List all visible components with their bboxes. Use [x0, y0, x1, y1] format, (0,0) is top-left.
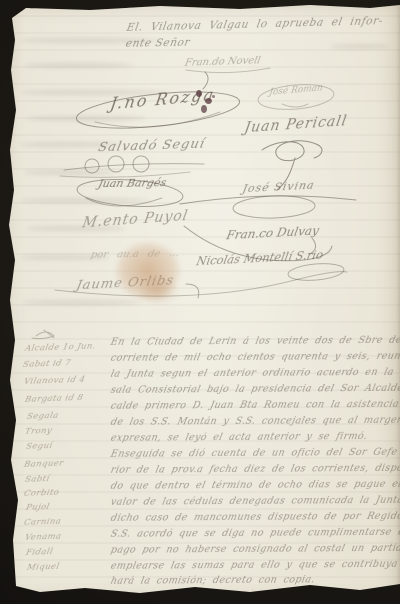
- body-line: expresan, se leyó el acta anterior y se …: [110, 431, 369, 444]
- margin-item: Seguí: [25, 441, 54, 452]
- page-mark: 8: [30, 3, 34, 11]
- signature-puyol: M.ento Puyol: [81, 208, 189, 232]
- body-line: sala Consistorial bajo la presidencia de…: [110, 383, 400, 396]
- margin-item: Bargata id 8: [24, 393, 84, 405]
- body-line: pago por no haberse consignado al costal…: [110, 543, 400, 556]
- showthrough-line: [22, 300, 142, 305]
- margin-item: Sabat id 7: [22, 358, 72, 370]
- oval-paraph: [233, 195, 316, 220]
- margin-item: Miquel: [26, 562, 61, 573]
- showthrough-line: [330, 44, 390, 49]
- signature-sivina: José Sivina: [241, 178, 316, 195]
- ink-blot: [196, 90, 202, 97]
- ink-blot: [201, 105, 207, 113]
- margin-item: Carnina: [23, 517, 62, 528]
- margin-paraph: [32, 330, 54, 339]
- margin-item: Banquer: [23, 459, 65, 470]
- chain-loop: [133, 156, 149, 172]
- header-note-line-1: El. Vilanova Valgau lo aprueba el infor-: [126, 15, 384, 34]
- body-line: valor de las cédulas denegadas comunicad…: [110, 495, 400, 508]
- showthrough-line: [24, 170, 114, 175]
- margin-item: Pujol: [25, 502, 51, 513]
- body-line: de los S.S. Montán y S.S. concejales que…: [110, 415, 400, 428]
- body-line: la Junta segun el anterior ordinario acu…: [110, 367, 395, 380]
- manuscript-page: 8 El. Vilanova Valgau lo aprueba el info…: [0, 0, 400, 604]
- margin-item: Fidall: [25, 547, 54, 558]
- signature-pericall: Juan Pericall: [243, 113, 348, 136]
- body-line: Enseguida se dió cuenta de un oficio del…: [110, 447, 400, 460]
- paper-stain: [138, 276, 178, 304]
- long-stroke-flourish: [180, 196, 356, 204]
- signature-novell: Fran.do Novell: [184, 55, 262, 69]
- body-line: calde primero D. Juan Bta Romeu con la a…: [110, 399, 400, 412]
- margin-item: Venama: [24, 532, 63, 543]
- body-line: En la Ciudad de Lerin á los veinte dos d…: [110, 335, 400, 348]
- signature-dulvay: Fran.co Dulvay: [225, 223, 320, 242]
- scanner-background: 8 El. Vilanova Valgau lo aprueba el info…: [0, 0, 400, 604]
- oval-paraph-tail: [282, 104, 308, 107]
- body-line: hará la comisión; decreto con copia.: [110, 575, 316, 587]
- margin-item: Vilanova id 4: [23, 375, 86, 387]
- showthrough-line: [20, 198, 150, 203]
- chain-flourish-line: [64, 164, 204, 170]
- margin-item: Trony: [24, 426, 53, 437]
- chain-loop: [108, 156, 124, 172]
- signature-montelli: Nicolás Montellí S.rio: [195, 247, 324, 268]
- ink-blot: [205, 98, 212, 104]
- body-line: dicho caso de mancomunes dispuesto de po…: [110, 511, 400, 524]
- underline-flourish: [186, 68, 270, 73]
- showthrough-line: [26, 116, 146, 121]
- signature-barges: Juan Bargés: [97, 176, 168, 190]
- header-note-line-2: ente Señor: [124, 37, 191, 50]
- margin-item: Sabtí: [24, 474, 51, 485]
- body-line: do que dentro el término de ocho dias se…: [110, 479, 400, 492]
- body-line: rior de la prov.a fecha diez de los corr…: [110, 463, 400, 476]
- signature-segui: Salvadó Seguí: [97, 136, 207, 155]
- body-line: corriente de mil ocho cientos quarenta y…: [110, 351, 400, 364]
- signature-roman: José Roman: [268, 83, 323, 98]
- ink-blot: [212, 95, 215, 98]
- margin-item: Segala: [26, 411, 60, 422]
- margin-item: Alcalde 1o Jun.: [24, 342, 97, 355]
- oval-paraph: [287, 262, 344, 283]
- margin-item: Corbito: [23, 488, 60, 499]
- showthrough-line: [24, 63, 134, 68]
- tail-flourish: [186, 284, 199, 298]
- body-line: emplearse las sumas para ello y que se c…: [110, 559, 400, 572]
- body-line: S.S. acordó que se diga no puede cumplim…: [110, 527, 400, 540]
